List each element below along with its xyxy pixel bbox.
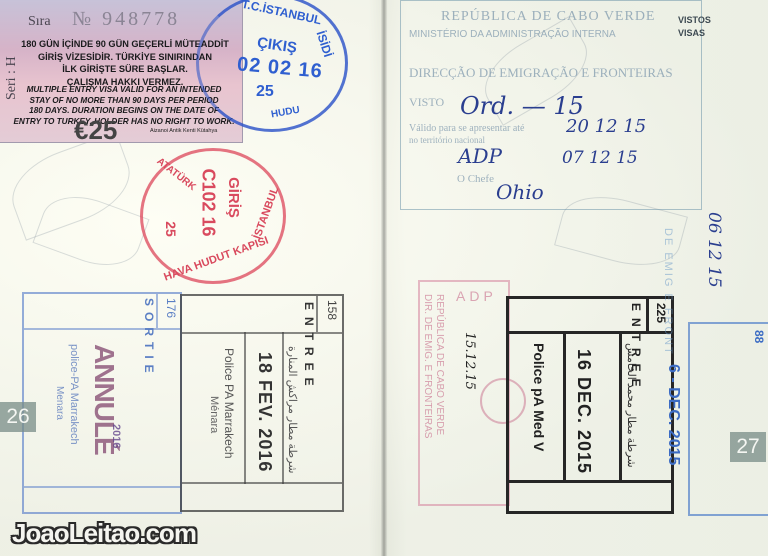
- casablanca-entry-stamp: 225 ENTREE 16 DEC. 2015 Police pA Med V …: [506, 296, 674, 514]
- stamp-divider: [156, 294, 158, 328]
- stamp-divider: [182, 482, 342, 484]
- stamp-number: 158: [325, 300, 339, 320]
- visa-sira-label: Sıra: [28, 14, 51, 30]
- stamp-line: REPÚBLICA DE CABO VERDE: [434, 294, 445, 435]
- marrakech-exit-stamp: 176 SORTIE police-PA Marrakech Menara AN…: [22, 292, 182, 514]
- visas-page-header: VISTOS VISAS: [678, 14, 711, 40]
- stamp-divider: [509, 331, 671, 334]
- stamp-police-text: Police PA Marrakech: [222, 348, 236, 459]
- marrakech-entry-stamp: 158 ENTREE 18 FEV. 2016 Police PA Marrak…: [180, 294, 344, 512]
- stamp-divider: [316, 296, 318, 332]
- stamp-date: C102 16: [198, 169, 219, 259]
- stamp-line: DIRECÇÃO DE EMIGRAÇÃO E FRONTEIRAS: [409, 65, 673, 81]
- stamp-city-text: Menara: [54, 386, 65, 420]
- stamp-city-text: Ménara: [208, 396, 220, 433]
- stamp-label: ENTREE: [302, 302, 316, 393]
- stamp-overprint-year: 2016: [110, 424, 122, 448]
- stamp-divider: [619, 331, 622, 483]
- istanbul-entry-stamp: ATATÜRK HAVA HUDUT KAPISI İSTANBUL GİRİŞ…: [140, 148, 286, 284]
- stamp-arabic-text: شرطة مطار محمد الخامس: [625, 343, 638, 468]
- stamp-divider: [563, 331, 566, 483]
- stamp-number: 176: [164, 298, 178, 318]
- stamp-number: 25: [256, 83, 274, 101]
- stamp-word: ÇIKIŞ: [256, 34, 298, 56]
- stamp-ring-text: ATATÜRK: [155, 156, 198, 193]
- visa-place-caption: Aizanoi Antik Kenti Kütahya: [150, 128, 217, 134]
- stamp-line: Válido para se apresentar até: [409, 123, 525, 134]
- stamp-label: SORTIE: [142, 298, 156, 379]
- stamp-ring-text: HUDU: [270, 105, 300, 121]
- stamp-faded-text: DE EMIG E FRONT: [662, 228, 674, 356]
- stamp-divider: [24, 486, 180, 488]
- stamp-police-text: police-PA Marrakech: [68, 344, 80, 445]
- site-watermark: JoaoLeitao.com: [12, 518, 196, 549]
- page-number-left: 26: [0, 402, 36, 432]
- stamp-line: REPÚBLICA DE CABO VERDE: [441, 9, 655, 25]
- visa-serial-number: № 948778: [72, 8, 180, 31]
- stamp-line: DIR. DE EMIG. E FRONTEIRAS: [422, 294, 433, 438]
- handwritten-issuer: ADP: [458, 144, 502, 168]
- stamp-divider: [244, 332, 246, 484]
- stamp-date: 02 02 16: [236, 53, 324, 83]
- stamp-divider: [282, 332, 284, 484]
- handwritten-valid-until: 20 12 15: [566, 116, 646, 137]
- stamp-ring-text: İSTANBUL: [251, 185, 281, 241]
- handwritten-issue-date: 07 12 15: [562, 148, 638, 168]
- stamp-divider: [646, 299, 649, 331]
- stamp-label: ADP: [456, 288, 497, 304]
- cabo-verde-entry-stamp: ADP REPÚBLICA DE CABO VERDE DIR. DE EMIG…: [418, 280, 510, 506]
- stamp-divider: [182, 332, 342, 334]
- stamp-police-text: Police pA Med V: [531, 343, 547, 451]
- visa-price: €25: [74, 115, 117, 143]
- handwritten-entry-date: 15.12.15: [462, 332, 477, 390]
- stamp-arabic-text: شرطة مطار مراكش المنارة: [286, 346, 299, 473]
- stamp-date: 16 DEC. 2015: [573, 349, 594, 474]
- passport-spread: № 948778 Sıra Seri : H 180 GÜN İÇİNDE 90…: [0, 0, 768, 556]
- stamp-divider: [24, 328, 180, 330]
- morocco-blue-stamp: 88 6 - DEC. 2015 DE EMIG E FRONT: [688, 322, 768, 516]
- stamp-date: 18 FEV. 2016: [254, 352, 275, 472]
- stamp-number: 25: [163, 221, 179, 237]
- stamp-ring-text: İSİDİ: [314, 29, 336, 59]
- stamp-number: 88: [752, 330, 766, 343]
- handwritten-side-date: 06 12 15: [704, 212, 724, 288]
- istanbul-exit-stamp: T.C.İSTANBUL İSİDİ ÇIKIŞ 02 02 16 25 HUD…: [196, 0, 348, 132]
- stamp-line: VISTO: [409, 95, 444, 110]
- stamp-line: MINISTÉRIO DA ADMINISTRAÇÃO INTERNA: [409, 29, 616, 40]
- stamp-divider: [509, 480, 671, 483]
- stamp-line: O Chefe: [457, 173, 494, 185]
- stamp-date: 6 - DEC. 2015: [664, 364, 682, 465]
- stamp-word: GİRİŞ: [225, 177, 242, 218]
- handwritten-signature: Ohio: [496, 180, 544, 204]
- stamp-ring-text: T.C.İSTANBUL: [240, 0, 322, 27]
- passport-spine: [381, 0, 387, 556]
- page-number-right: 27: [730, 432, 766, 462]
